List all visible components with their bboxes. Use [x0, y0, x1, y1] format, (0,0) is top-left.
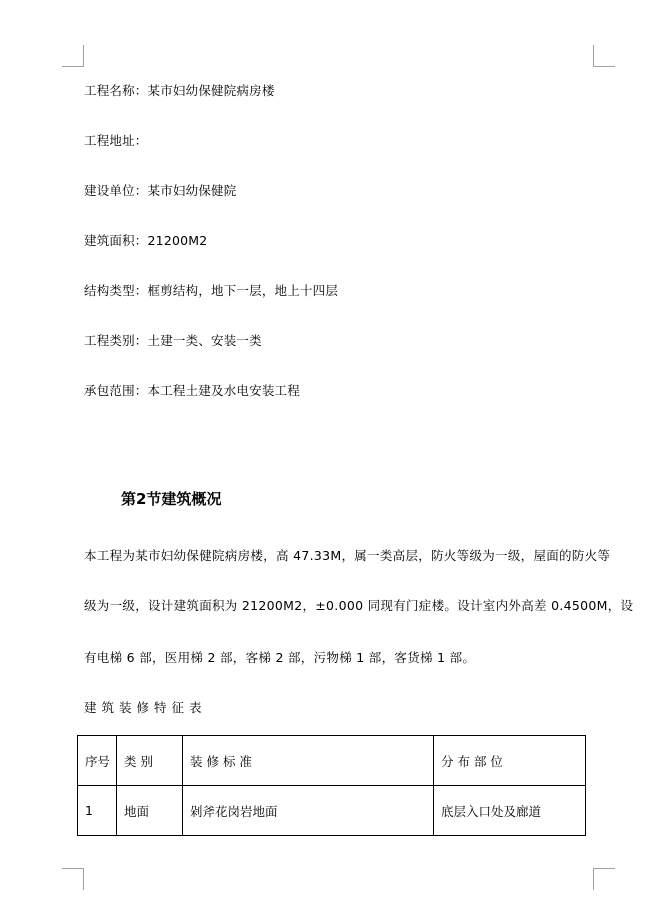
project-category-line: 工程类别：土建一类、安装一类: [84, 333, 262, 349]
field-label: 工程名称：: [84, 83, 148, 98]
field-label: 结构类型：: [84, 283, 148, 298]
structure-type-line: 结构类型：框剪结构，地下一层，地上十四层: [84, 283, 338, 299]
overview-paragraph-line-2: 级为一级，设计建筑面积为 21200M2，±0.000 同现有门症楼。设计室内外…: [84, 598, 633, 614]
overview-paragraph-line-3: 有电梯 6 部，医用梯 2 部，客梯 2 部，污物梯 1 部，客货梯 1 部。: [84, 650, 475, 666]
table-header-row: 序号 类 别 装 修 标 准 分 布 部 位: [78, 736, 586, 786]
contract-scope-line: 承包范围：本工程土建及水电安装工程: [84, 383, 300, 399]
field-label: 工程类别：: [84, 333, 148, 348]
cell-category: 地面: [117, 786, 183, 836]
cell-location: 底层入口处及廊道: [434, 786, 586, 836]
decoration-features-table: 序号 类 别 装 修 标 准 分 布 部 位 1 地面 剁斧花岗岩地面 底层入口…: [77, 735, 586, 836]
field-value: 土建一类、安装一类: [148, 333, 262, 348]
field-label: 建筑面积：: [84, 233, 148, 248]
field-value: 某市妇幼保健院: [148, 183, 237, 198]
page-corner-mark-bottom-left: [62, 868, 84, 890]
field-value: 21200M2: [148, 233, 208, 248]
client-line: 建设单位：某市妇幼保健院: [84, 183, 236, 199]
table-caption: 建筑装修特征表: [84, 700, 207, 716]
header-cell-standard: 装 修 标 准: [183, 736, 434, 786]
header-cell-location: 分 布 部 位: [434, 736, 586, 786]
field-label: 工程地址：: [84, 133, 148, 148]
project-name-line: 工程名称：某市妇幼保健院病房楼: [84, 83, 275, 99]
cell-index: 1: [78, 786, 117, 836]
field-value: 某市妇幼保健院病房楼: [148, 83, 275, 98]
field-label: 建设单位：: [84, 183, 148, 198]
page-corner-mark-bottom-right: [593, 868, 615, 890]
floor-area-line: 建筑面积：21200M2: [84, 233, 207, 249]
page-corner-mark-top-right: [593, 45, 615, 67]
field-value: 框剪结构，地下一层，地上十四层: [148, 283, 339, 298]
cell-standard: 剁斧花岗岩地面: [183, 786, 434, 836]
header-cell-index: 序号: [78, 736, 117, 786]
section-heading: 第2节建筑概况: [121, 489, 221, 509]
project-address-line: 工程地址：: [84, 133, 148, 149]
table-row: 1 地面 剁斧花岗岩地面 底层入口处及廊道: [78, 786, 586, 836]
field-label: 承包范围：: [84, 383, 148, 398]
field-value: 本工程土建及水电安装工程: [148, 383, 300, 398]
page-corner-mark-top-left: [62, 45, 84, 67]
header-cell-category: 类 别: [117, 736, 183, 786]
overview-paragraph-line-1: 本工程为某市妇幼保健院病房楼，高 47.33M，属一类高层，防火等级为一级，屋面…: [84, 548, 610, 564]
